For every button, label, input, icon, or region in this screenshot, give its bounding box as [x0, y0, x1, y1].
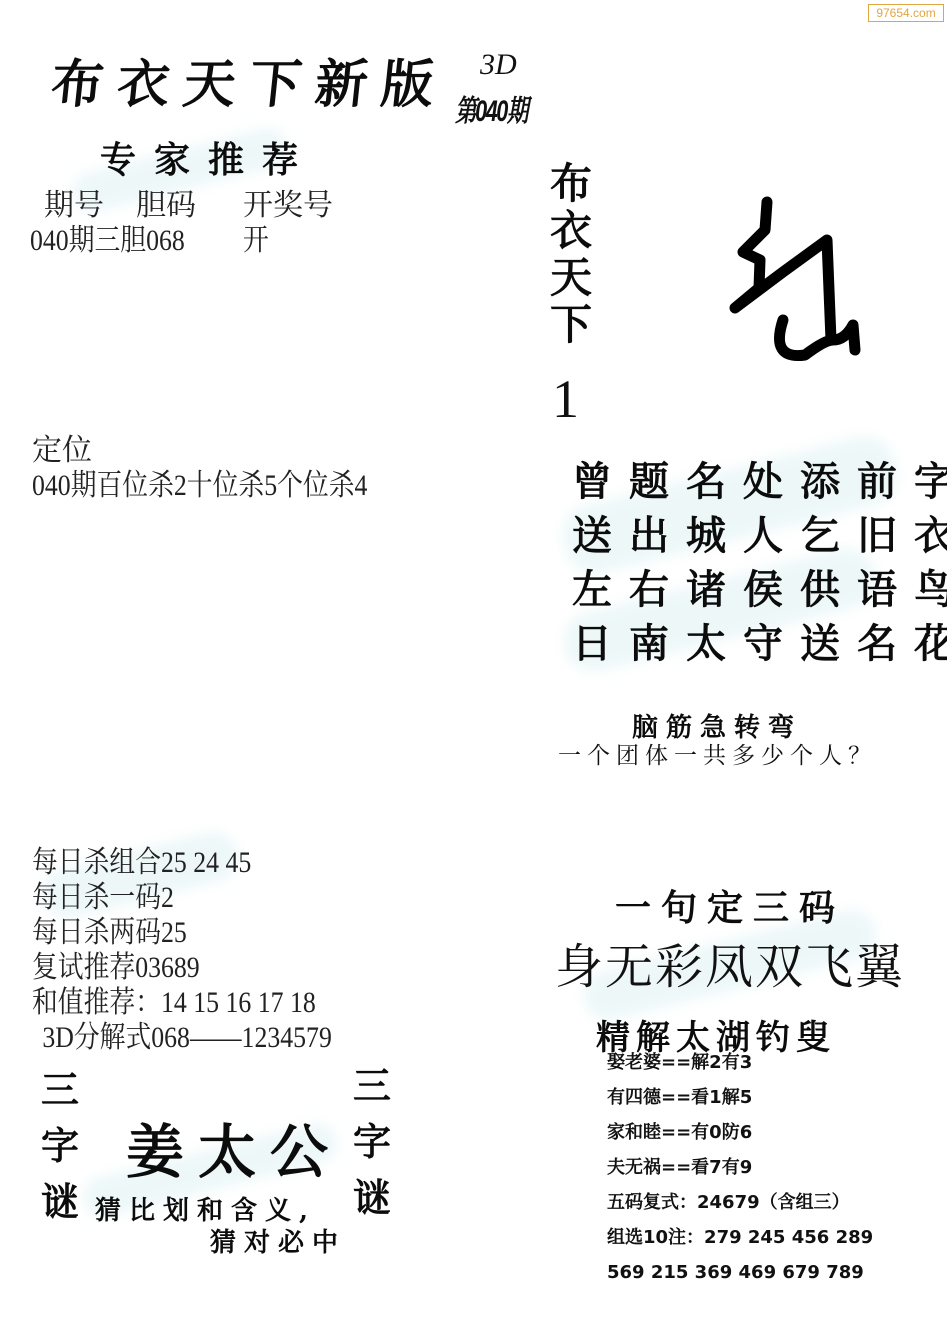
one-sentence-title: 一句定三码: [615, 880, 845, 931]
poem-char: 衣: [912, 504, 947, 558]
taihu-line: 五码复式：24679（含组三）: [607, 1190, 873, 1225]
label-char: 字: [38, 1118, 82, 1174]
poem-char: 出: [627, 504, 671, 558]
expert-heading: 专家推荐: [100, 132, 316, 183]
three-char-label-right: 三 字 谜: [350, 1058, 394, 1226]
poem-char: 右: [627, 558, 671, 612]
poem-char: 南: [627, 612, 671, 666]
dingwei-value: 040期百位杀2十位杀5个位杀4: [32, 460, 367, 504]
poem-char: 左: [570, 558, 614, 612]
issue-label: 第040期: [455, 86, 527, 130]
poem-char: 前: [855, 450, 899, 504]
poem-char: 旧: [855, 504, 899, 558]
side-vertical-title: 布 衣 天 下: [546, 160, 596, 348]
side-number: 1: [552, 368, 579, 430]
stats-line: 和值推荐：14 15 16 17 18: [32, 985, 332, 1020]
taihu-line: 娶老婆==解2有3: [607, 1050, 873, 1085]
poem-char: 太: [684, 612, 728, 666]
poem-char: 侯: [741, 558, 785, 612]
poem-char: 名: [684, 450, 728, 504]
stats-line: 每日杀两码25: [32, 915, 332, 950]
poem-char: 曾: [570, 450, 614, 504]
poem-char: 添: [798, 450, 842, 504]
stats-list: 每日杀组合25 24 45 每日杀一码2 每日杀两码25 复试推荐03689 和…: [32, 845, 381, 1055]
page-title: 布衣天下新版: [48, 42, 452, 117]
three-char-label-left: 三 字 谜: [38, 1062, 82, 1230]
poem-row: 曾 题 名 处 添 前 字: [570, 450, 947, 504]
poem-row: 送 出 城 人 乞 旧 衣: [570, 504, 947, 558]
poem-row: 日 南 太 守 送 名 花: [570, 612, 947, 666]
poem-char: 字: [912, 450, 947, 504]
side-title-char: 布: [546, 160, 596, 207]
poem-char: 诸: [684, 558, 728, 612]
result-value: 开: [243, 215, 269, 259]
one-sentence-line: 身无彩凤双飞翼: [555, 928, 905, 997]
poem-char: 名: [855, 612, 899, 666]
game-label: 3D: [480, 48, 517, 82]
poem-char: 语: [855, 558, 899, 612]
label-char: 三: [350, 1058, 394, 1114]
stats-line: 复试推荐03689: [32, 950, 332, 985]
taihu-line: 有四德==看1解5: [607, 1085, 873, 1120]
poem-char: 城: [684, 504, 728, 558]
poem-char: 守: [741, 612, 785, 666]
poem-char: 乞: [798, 504, 842, 558]
handwritten-glyph-icon: [715, 190, 865, 370]
issue-dan-value: 040期三胆068: [30, 215, 185, 259]
taihu-line: 组选10注：279 245 456 289: [607, 1225, 873, 1260]
taihu-line: 夫无祸==看7有9: [607, 1155, 873, 1190]
taihu-list: 娶老婆==解2有3 有四德==看1解5 家和睦==有0防6 夫无祸==看7有9 …: [607, 1050, 873, 1295]
poem-char: 题: [627, 450, 671, 504]
riddle-question: 一个团体一共多少个人？: [558, 742, 878, 770]
taihu-line: 家和睦==有0防6: [607, 1120, 873, 1155]
riddle-answer: 姜太公: [126, 1105, 342, 1189]
taihu-line: 569 215 369 469 679 789: [607, 1260, 873, 1295]
stats-line: 3D分解式068——1234579: [32, 1020, 332, 1055]
riddle-title: 脑筋急转弯: [632, 707, 802, 744]
poem-char: 处: [741, 450, 785, 504]
label-char: 谜: [38, 1174, 82, 1230]
poem-char: 鸟: [912, 558, 947, 612]
poem-char: 花: [912, 612, 947, 666]
poem-char: 供: [798, 558, 842, 612]
poem-grid: 曾 题 名 处 添 前 字 送 出 城 人 乞 旧 衣 左 右 诸 侯 供 语 …: [570, 450, 947, 666]
poem-char: 人: [741, 504, 785, 558]
side-title-char: 衣: [546, 207, 596, 254]
poem-char: 日: [570, 612, 614, 666]
stats-line: 每日杀组合25 24 45: [32, 845, 332, 880]
poem-char: 送: [570, 504, 614, 558]
riddle-hint-2: 猜对必中: [210, 1222, 346, 1259]
site-watermark-badge[interactable]: 97654.com: [868, 4, 944, 22]
label-char: 谜: [350, 1170, 394, 1226]
poem-char: 送: [798, 612, 842, 666]
side-title-char: 天: [546, 254, 596, 301]
label-char: 字: [350, 1114, 394, 1170]
poem-row: 左 右 诸 侯 供 语 鸟: [570, 558, 947, 612]
stats-line: 每日杀一码2: [32, 880, 332, 915]
side-title-char: 下: [546, 301, 596, 348]
label-char: 三: [38, 1062, 82, 1118]
